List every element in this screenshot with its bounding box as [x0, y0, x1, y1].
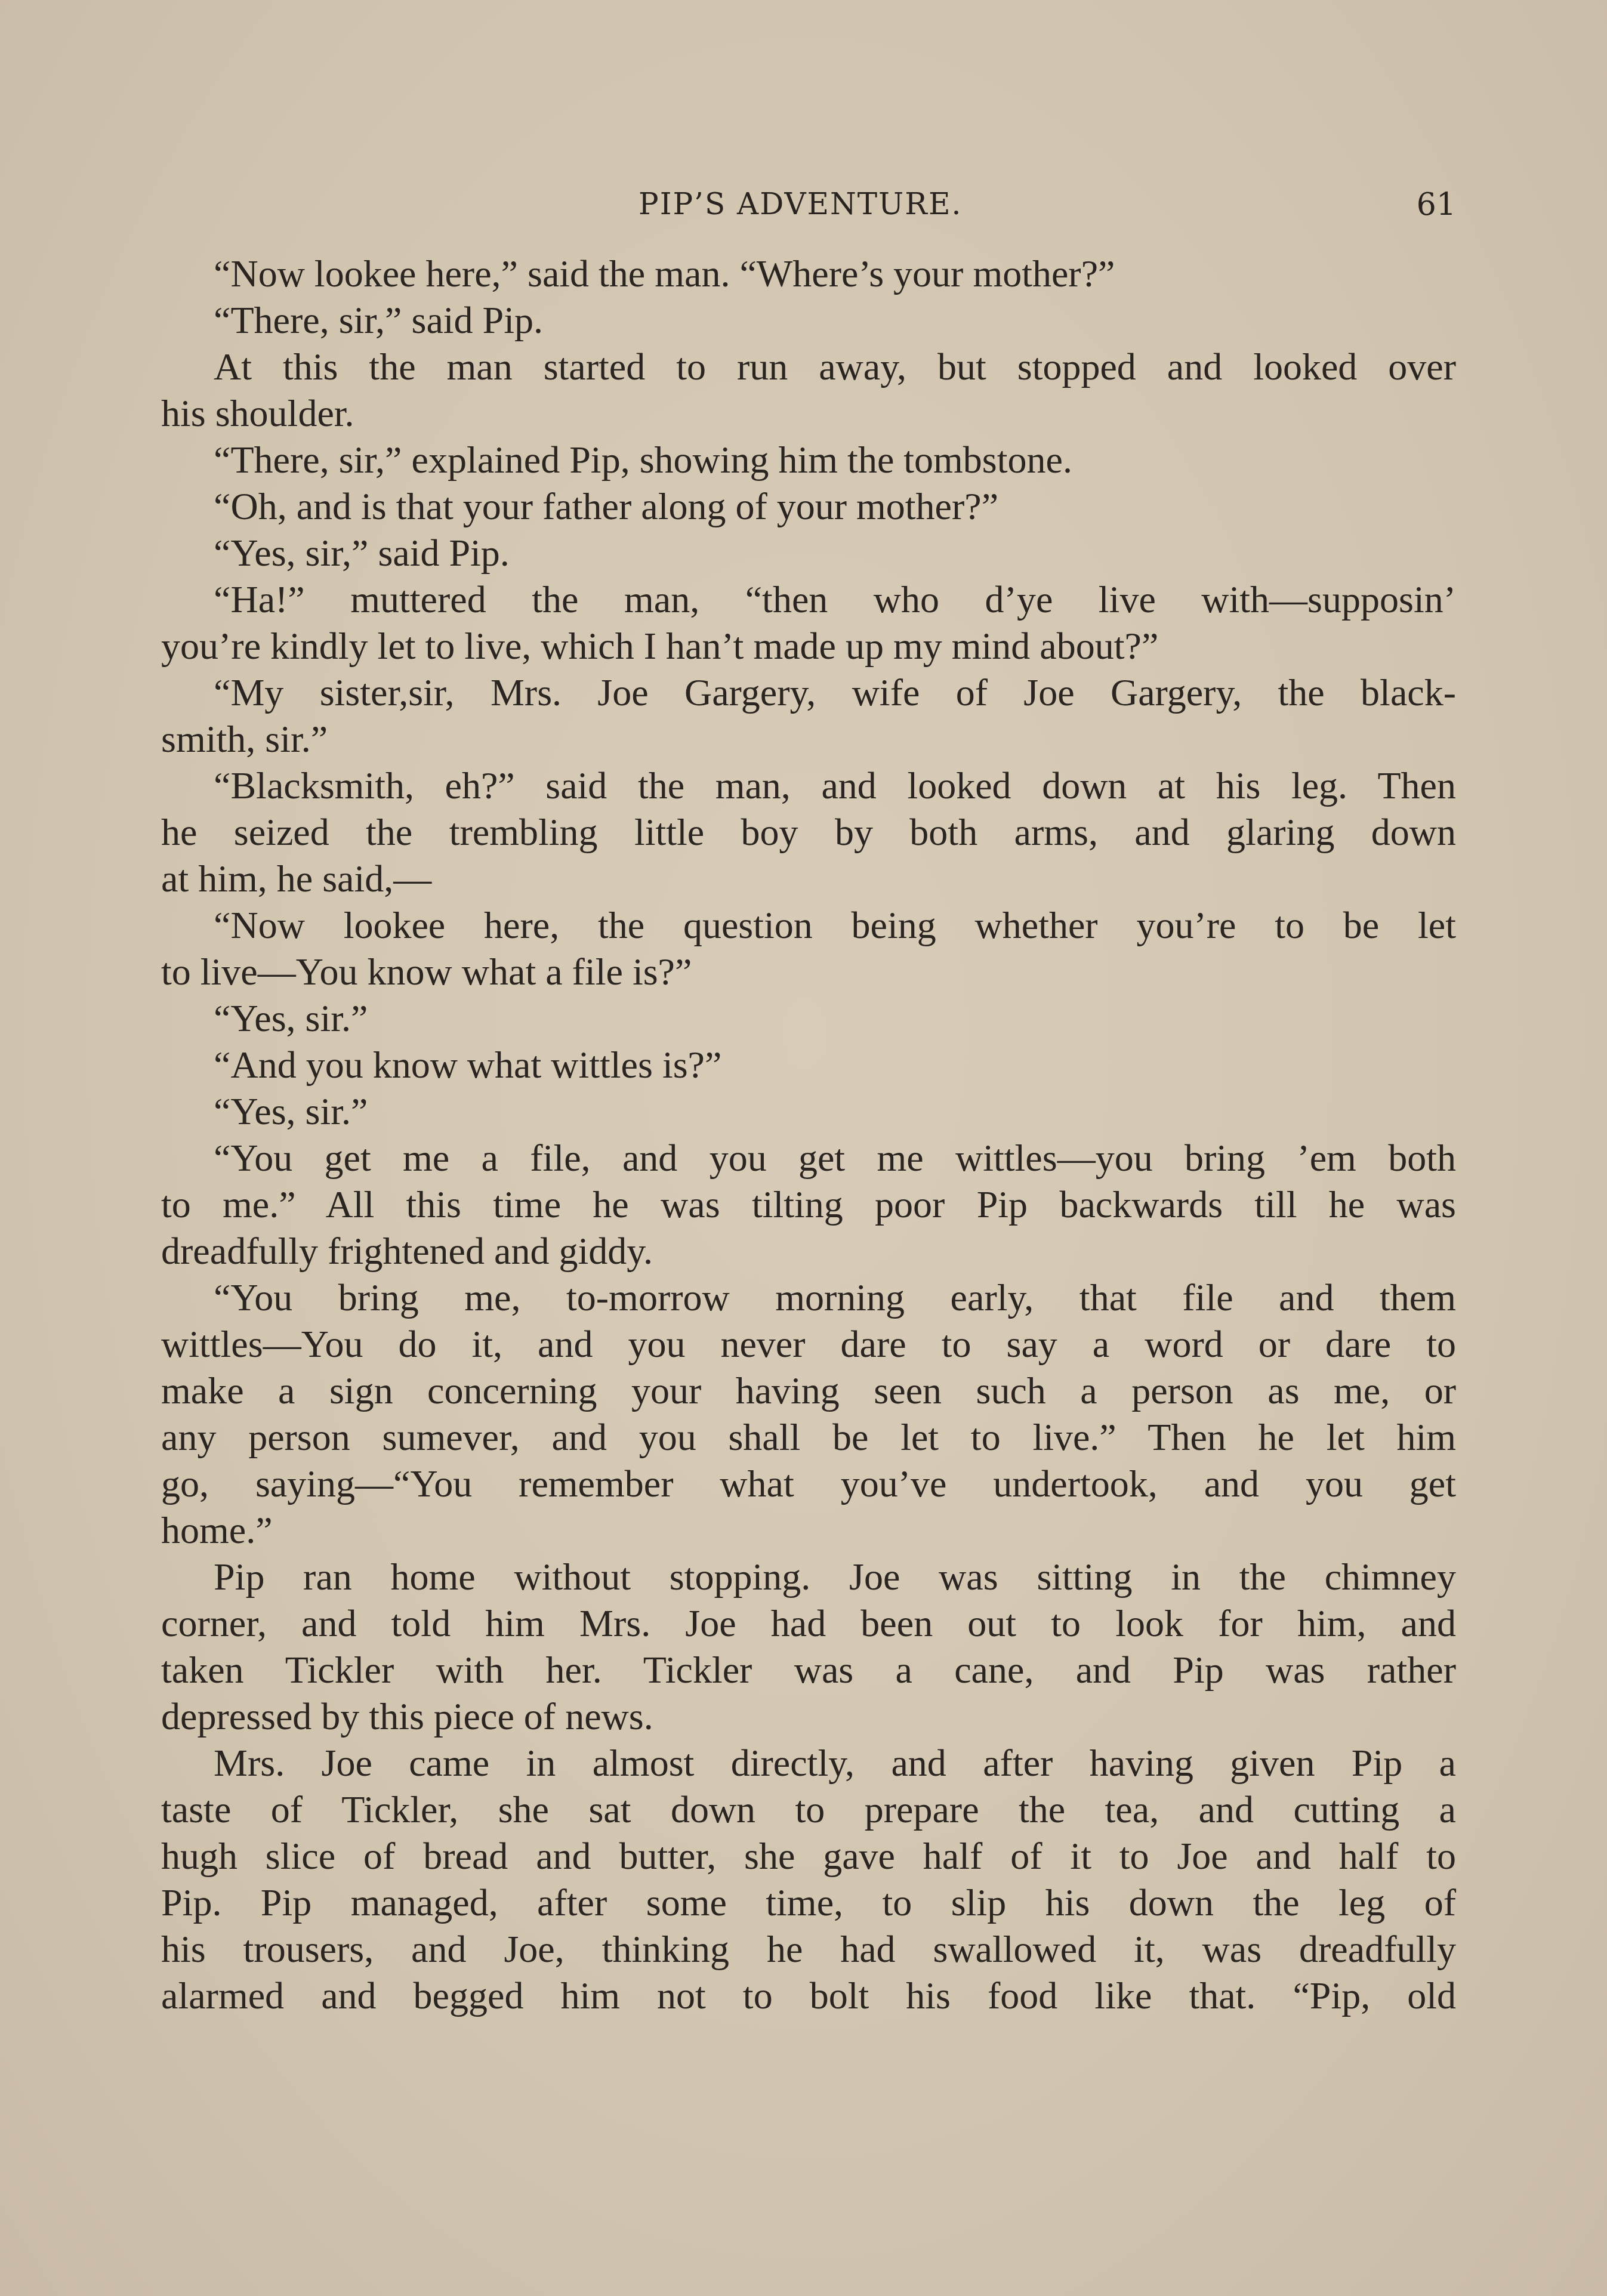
- text-line: “My sister,sir, Mrs. Joe Gargery, wife o…: [214, 669, 1456, 716]
- text-line: you’re kindly let to live, which I han’t…: [161, 623, 1456, 669]
- text-line: to live—You know what a file is?”: [161, 949, 1456, 995]
- text-line: “Now lookee here, the question being whe…: [214, 902, 1456, 949]
- text-line: he seized the trembling little boy by bo…: [161, 809, 1456, 856]
- text-line: dreadfully frightened and giddy.: [161, 1228, 1456, 1274]
- text-line: taken Tickler with her. Tickler was a ca…: [161, 1647, 1456, 1693]
- text-line: “And you know what wittles is?”: [214, 1042, 1456, 1088]
- text-line: “You get me a file, and you get me wittl…: [214, 1135, 1456, 1181]
- text-line: “Now lookee here,” said the man. “Where’…: [214, 251, 1456, 297]
- text-line: “Yes, sir,” said Pip.: [214, 530, 1456, 576]
- text-line: depressed by this piece of news.: [161, 1693, 1456, 1740]
- text-line: “There, sir,” said Pip.: [214, 297, 1456, 344]
- text-line: to me.” All this time he was tilting poo…: [161, 1181, 1456, 1228]
- text-line: at him, he said,—: [161, 856, 1456, 902]
- book-page: PIP’S ADVENTURE. 61 “Now lookee here,” s…: [0, 0, 1607, 2296]
- text-line: Pip. Pip managed, after some time, to sl…: [161, 1880, 1456, 1926]
- text-line: taste of Tickler, she sat down to prepar…: [161, 1786, 1456, 1833]
- page-number: 61: [1417, 187, 1456, 223]
- text-line: “You bring me, to-morrow morning early, …: [214, 1274, 1456, 1321]
- running-title: PIP’S ADVENTURE.: [639, 187, 962, 221]
- text-line: his trousers, and Joe, thinking he had s…: [161, 1926, 1456, 1973]
- text-line: At this the man started to run away, but…: [214, 344, 1456, 390]
- text-line: smith, sir.”: [161, 716, 1456, 763]
- text-line: any person sumever, and you shall be let…: [161, 1414, 1456, 1461]
- text-line: “Oh, and is that your father along of yo…: [214, 483, 1456, 530]
- text-line: home.”: [161, 1507, 1456, 1554]
- page-header: PIP’S ADVENTURE. 61: [161, 182, 1456, 230]
- text-line: hugh slice of bread and butter, she gave…: [161, 1833, 1456, 1880]
- text-line: “Ha!” muttered the man, “then who d’ye l…: [214, 576, 1456, 623]
- text-line: alarmed and begged him not to bolt his f…: [161, 1973, 1456, 2019]
- text-line: “Yes, sir.”: [214, 995, 1456, 1042]
- text-line: “There, sir,” explained Pip, showing him…: [214, 437, 1456, 483]
- text-line: wittles—You do it, and you never dare to…: [161, 1321, 1456, 1368]
- text-line: his shoulder.: [161, 390, 1456, 437]
- text-line: corner, and told him Mrs. Joe had been o…: [161, 1600, 1456, 1647]
- text-line: Pip ran home without stopping. Joe was s…: [214, 1554, 1456, 1600]
- text-line: make a sign concerning your having seen …: [161, 1368, 1456, 1414]
- text-line: “Blacksmith, eh?” said the man, and look…: [214, 763, 1456, 809]
- text-line: go, saying—“You remember what you’ve und…: [161, 1461, 1456, 1507]
- text-line: Mrs. Joe came in almost directly, and af…: [214, 1740, 1456, 1786]
- text-line: “Yes, sir.”: [214, 1088, 1456, 1135]
